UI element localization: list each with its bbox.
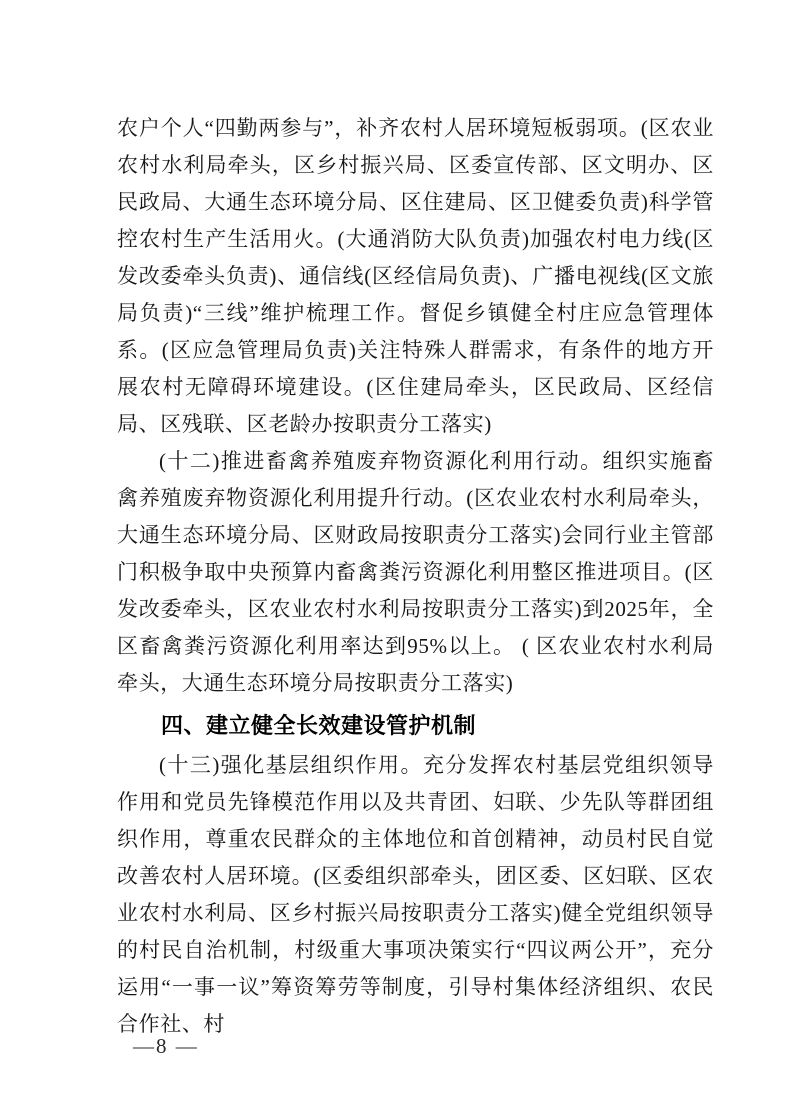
paragraph-continuation: 农户个人“四勤两参与”，补齐农村人居环境短板弱项。(区农业农村水利局牵头，区乡村… <box>117 110 714 443</box>
paragraph-item-12: (十二)推进畜禽养殖废弃物资源化利用行动。组织实施畜禽养殖废弃物资源化利用提升行… <box>117 443 714 702</box>
section-heading-4: 四、建立健全长效建设管护机制 <box>117 707 714 744</box>
page-number: —8 — <box>133 1033 199 1059</box>
document-body: 农户个人“四勤两参与”，补齐农村人居环境短板弱项。(区农业农村水利局牵头，区乡村… <box>117 110 714 1043</box>
document-page: 农户个人“四勤两参与”，补齐农村人居环境短板弱项。(区农业农村水利局牵头，区乡村… <box>0 0 799 1112</box>
paragraph-item-13: (十三)强化基层组织作用。充分发挥农村基层党组织领导作用和党员先锋模范作用以及共… <box>117 747 714 1043</box>
